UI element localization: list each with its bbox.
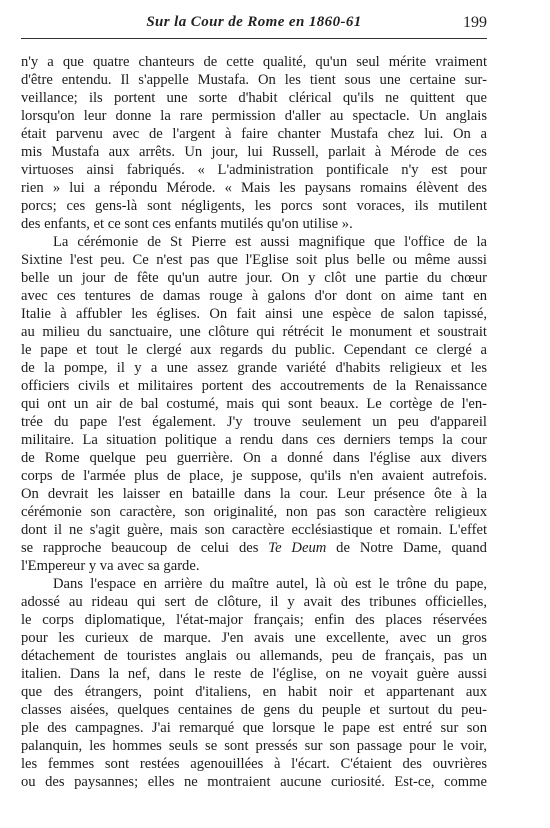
text-line: que des étrangers, point d'italiens, en … xyxy=(21,683,487,701)
text-line: lorsqu'on leur donne la rare permission … xyxy=(21,107,487,125)
text-line: le corps diplomatique, l'état-major fran… xyxy=(21,611,487,629)
text-line: d'être entendu. Il s'appelle Mustafa. On… xyxy=(21,71,487,89)
text-line: Sixtine l'est peu. Ce n'est pas que l'Eg… xyxy=(21,251,487,269)
text-line: rien » lui a répondu Mérode. « Mais les … xyxy=(21,179,487,197)
text-line: palanquin, les hommes seuls se sont pres… xyxy=(21,737,487,755)
text-line: de Rome quelque peu guerrière. On a donn… xyxy=(21,449,487,467)
paragraph-start-line: La cérémonie de St Pierre est aussi magn… xyxy=(21,233,487,251)
text-line: au milieu du sanctuaire, une clôture qui… xyxy=(21,323,487,341)
running-title: Sur la Cour de Rome en 1860-61 xyxy=(21,14,487,31)
text-segment: de Notre Dame, quand xyxy=(326,540,487,556)
text-line: était parvenu avec de l'argent à faire c… xyxy=(21,125,487,143)
header-rule xyxy=(21,38,487,39)
text-line: cérémonie son caractère, son originalité… xyxy=(21,503,487,521)
text-line: pour les curieux de marque. J'en avais u… xyxy=(21,629,487,647)
text-line: ou des paysannes; elles ne montraient au… xyxy=(21,773,487,791)
paragraph-end-line: l'Empereur y va avec sa garde. xyxy=(21,557,487,575)
text-line: adossé au rideau qui sert de clôture, il… xyxy=(21,593,487,611)
text-line-with-italic: se rapproche beaucoup de celui des Te De… xyxy=(21,539,487,557)
text-line: dont il ne s'agit guère, mais son caract… xyxy=(21,521,487,539)
text-line: avec ces tentures de damas rouge à galon… xyxy=(21,287,487,305)
book-page: Sur la Cour de Rome en 1860-61 199 n'y a… xyxy=(0,0,550,828)
paragraph-end-line: des enfants, et ce sont ces enfants muti… xyxy=(21,215,487,233)
text-line: ple des campagnes. J'ai remarqué que lor… xyxy=(21,719,487,737)
text-line: trée du pape l'est également. J'y trouve… xyxy=(21,413,487,431)
text-line: belle un jour de fête qu'un autre jour. … xyxy=(21,269,487,287)
text-line: classes aisées, quelques centaines de ge… xyxy=(21,701,487,719)
page-number: 199 xyxy=(463,14,487,32)
paragraph-start-line: Dans l'espace en arrière du maître autel… xyxy=(21,575,487,593)
text-line: le pape et tout le clergé aux regards du… xyxy=(21,341,487,359)
text-line: détachement de touristes anglais ou alle… xyxy=(21,647,487,665)
running-header: Sur la Cour de Rome en 1860-61 199 xyxy=(21,14,487,34)
text-line: n'y a que quatre chanteurs de cette qual… xyxy=(21,53,487,71)
body-text: n'y a que quatre chanteurs de cette qual… xyxy=(21,53,487,791)
text-line: Italie à affubler les églises. On fait a… xyxy=(21,305,487,323)
text-line: On devrait les laisser en bataille dans … xyxy=(21,485,487,503)
text-line: virtuoses ainsi fabriqués. « L'administr… xyxy=(21,161,487,179)
text-line: qui ont un air de bal costumé, mais qui … xyxy=(21,395,487,413)
text-line: militaire. La situation politique a rend… xyxy=(21,431,487,449)
text-line: porcs; ces gens-là sont négligents, les … xyxy=(21,197,487,215)
text-line: les femmes sont restées agenouillées à l… xyxy=(21,755,487,773)
text-line: corps de l'armée plus de place, je suppo… xyxy=(21,467,487,485)
italic-title-te-deum: Te Deum xyxy=(268,540,326,556)
text-line: de la pompe, il y a une assez grande var… xyxy=(21,359,487,377)
text-line: mis Mustafa aux arrêts. Un jour, lui Rus… xyxy=(21,143,487,161)
text-segment: se rapproche beaucoup de celui des xyxy=(21,540,268,556)
text-line: officiers civils et militaires portent d… xyxy=(21,377,487,395)
text-line: italien. Dans la nef, dans le reste de l… xyxy=(21,665,487,683)
text-line: veillance; ils portent une sorte d'habit… xyxy=(21,89,487,107)
